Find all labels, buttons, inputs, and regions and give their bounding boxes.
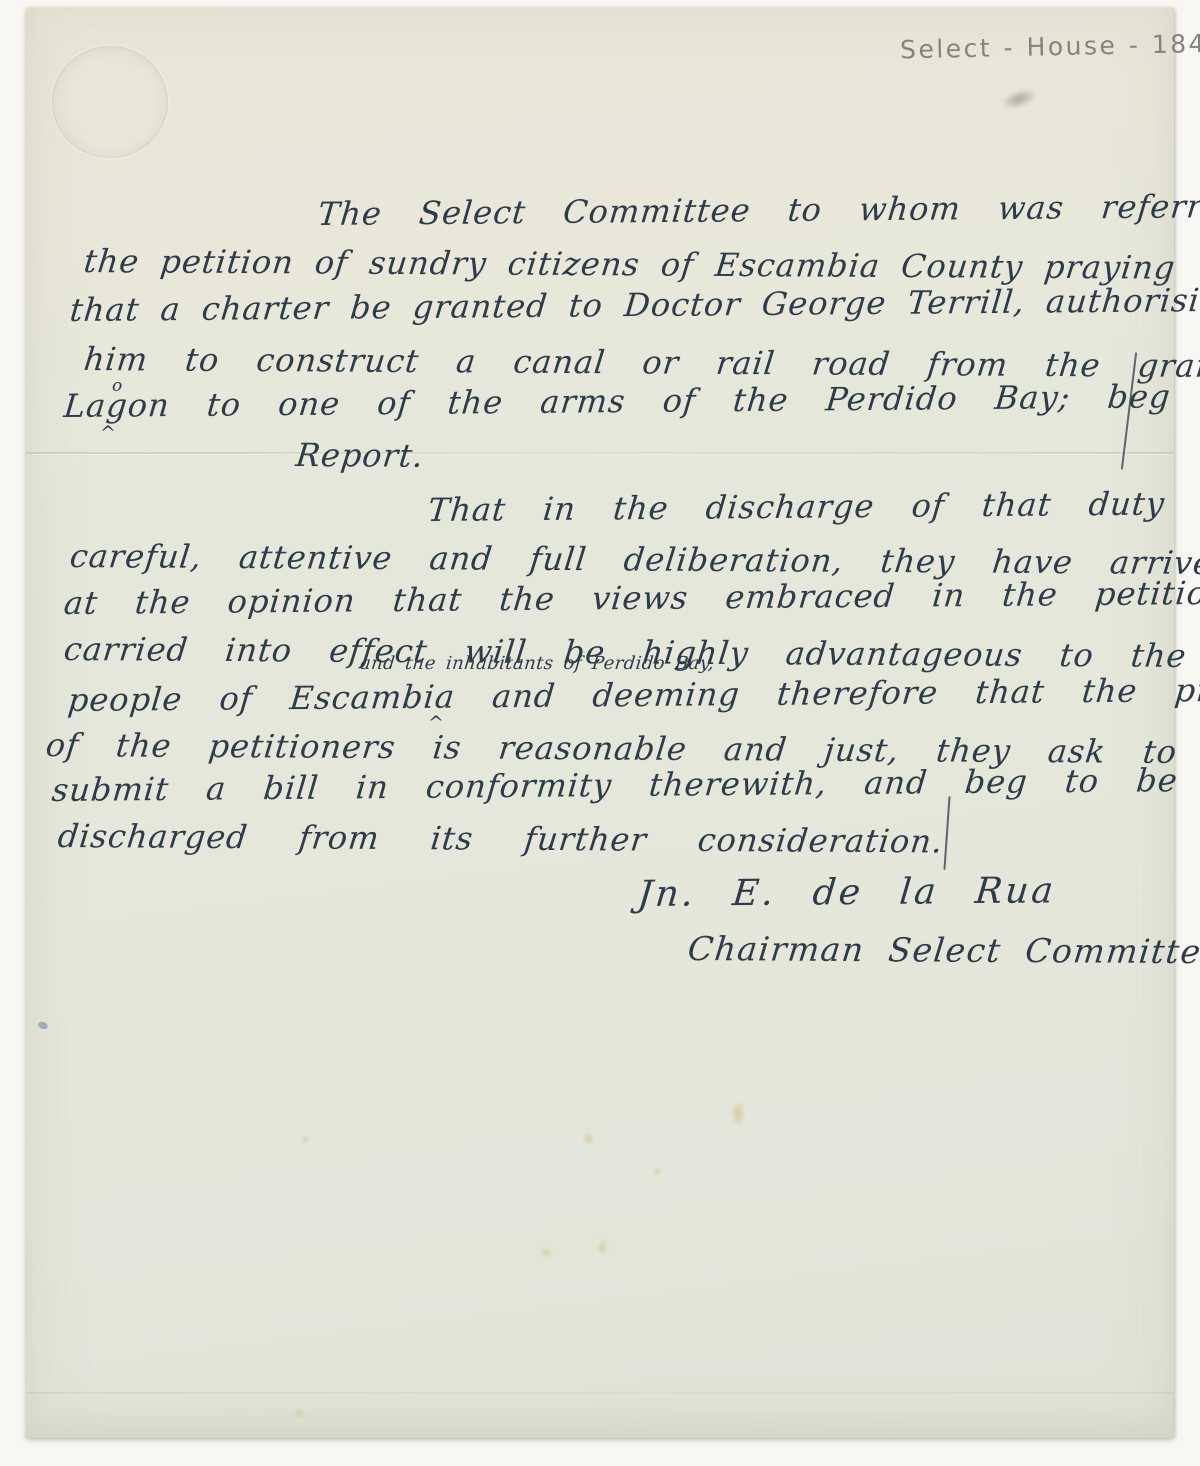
insertion-caret: ^ [100, 424, 116, 443]
foxing-stain [652, 1166, 663, 1177]
signature-name: Jn. E. de la Rua [636, 870, 1058, 915]
signature-title: Chairman Select Committee [686, 930, 1200, 971]
foxing-stain [300, 1134, 311, 1145]
embossed-seal [52, 46, 168, 158]
foxing-stain [596, 1236, 609, 1258]
handwritten-line: discharged from its further consideratio… [56, 818, 945, 860]
handwritten-line: the petition of sundry citizens of Escam… [82, 243, 1178, 286]
fold-crease [26, 452, 1174, 454]
interlinear-insertion: and the inhabitants of Perdido Bay, [359, 654, 715, 675]
inserted-letter: o [112, 376, 122, 396]
fold-crease [26, 1392, 1174, 1394]
scan-backdrop: Select - House - 1843 The Select Committ… [0, 0, 1200, 1466]
foxing-stain [728, 1096, 748, 1132]
report-heading: Report. [294, 437, 426, 475]
handwritten-line: That in the discharge of that duty with [426, 485, 1200, 529]
pencil-annotation: Select - House - 1843 [900, 29, 1200, 65]
foxing-stain [292, 1408, 307, 1419]
foxing-stain [538, 1246, 555, 1259]
foxing-stain [580, 1130, 597, 1147]
handwritten-line: The Select Committee to whom was referre… [316, 188, 1200, 233]
